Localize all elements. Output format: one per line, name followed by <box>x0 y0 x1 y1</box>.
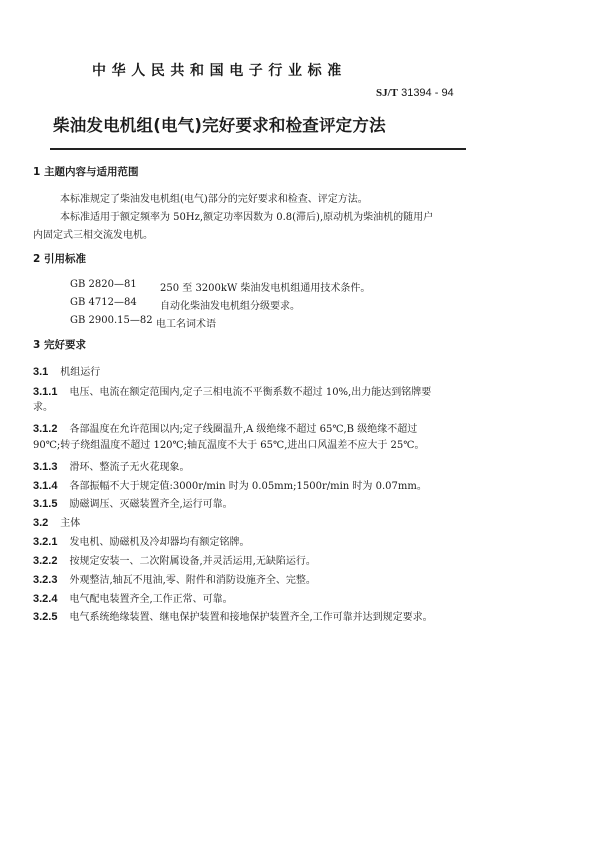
subsection-number: 3.2 <box>33 517 48 529</box>
subsection-3-1: 3.1机组运行 <box>33 360 100 379</box>
clause-number: 3.1.5 <box>33 498 57 510</box>
standard-code-number: 31394 - 94 <box>401 87 454 99</box>
clause-3-1-4: 3.1.4各部振幅不大于规定值:3000r/min 时为 0.05mm;1500… <box>33 474 427 493</box>
subsection-number: 3.1 <box>33 366 48 378</box>
clause-text: 电气配电装置齐全,工作正常、可靠。 <box>69 594 232 605</box>
clause-3-1-3: 3.1.3滑环、整流子无火花现象。 <box>33 455 189 474</box>
ref-title-1: 250 至 3200kW 柴油发电机组通用技术条件。 <box>160 279 370 294</box>
clause-3-2-1: 3.2.1发电机、励磁机及冷却器均有额定铭牌。 <box>33 530 249 549</box>
header-divider <box>50 148 466 150</box>
clause-number: 3.2.1 <box>33 536 57 548</box>
clause-text: 发电机、励磁机及冷却器均有额定铭牌。 <box>69 537 249 548</box>
clause-text: 各部温度在允许范围以内;定子线圈温升,A 级绝缘不超过 65℃,B 级绝缘不超过 <box>69 424 417 435</box>
section-3-heading: 3 完好要求 <box>33 337 86 352</box>
clause-number: 3.2.4 <box>33 593 57 605</box>
issuing-authority-header: 中华人民共和国电子行业标准 <box>92 60 347 80</box>
clause-3-1-2-continued: 90℃;转子绕组温度不超过 120℃;轴瓦温度不大于 65℃,进出口风温差不应大… <box>33 436 424 451</box>
clause-3-2-2: 3.2.2按规定安装一、二次附属设备,并灵活运用,无缺陷运行。 <box>33 549 316 568</box>
ref-code-1: GB 2820—81 <box>70 279 137 290</box>
clause-number: 3.2.3 <box>33 574 57 586</box>
clause-3-2-4: 3.2.4电气配电装置齐全,工作正常、可靠。 <box>33 587 233 606</box>
clause-number: 3.2.5 <box>33 611 57 623</box>
clause-number: 3.2.2 <box>33 555 57 567</box>
clause-3-2-5: 3.2.5电气系统绝缘装置、继电保护装置和接地保护装置齐全,工作可靠并达到规定要… <box>33 605 433 624</box>
clause-3-2-3: 3.2.3外观整洁,轴瓦不甩油,零、附件和消防设施齐全、完整。 <box>33 568 316 587</box>
standard-code: SJ/T 31394 - 94 <box>376 87 454 99</box>
clause-number: 3.1.3 <box>33 461 57 473</box>
standard-code-prefix: SJ/T <box>376 87 398 99</box>
clause-number: 3.1.4 <box>33 480 57 492</box>
clause-number: 3.1.1 <box>33 386 57 398</box>
ref-code-3: GB 2900.15—82 <box>70 315 153 326</box>
subsection-3-2: 3.2主体 <box>33 511 80 530</box>
section-2-heading: 2 引用标准 <box>33 251 86 266</box>
document-title: 柴油发电机组(电气)完好要求和检查评定方法 <box>53 112 386 136</box>
clause-text: 各部振幅不大于规定值:3000r/min 时为 0.05mm;1500r/min… <box>69 481 426 492</box>
ref-title-3: 电工名词术语 <box>156 315 216 330</box>
clause-3-1-1-continued: 求。 <box>33 398 53 413</box>
ref-code-2: GB 4712—84 <box>70 297 137 308</box>
clause-text: 按规定安装一、二次附属设备,并灵活运用,无缺陷运行。 <box>69 556 315 567</box>
clause-3-1-5: 3.1.5励磁调压、灭磁装置齐全,运行可靠。 <box>33 492 233 511</box>
clause-text: 电压、电流在额定范围内,定子三相电流不平衡系数不超过 10%,出力能达到铭牌要 <box>69 387 431 398</box>
subsection-title: 主体 <box>60 518 80 529</box>
section-1-heading: 1 主题内容与适用范围 <box>33 164 138 179</box>
section-1-paragraph-2-line-2: 内固定式三相交流发电机。 <box>33 226 153 241</box>
clause-number: 3.1.2 <box>33 423 57 435</box>
ref-title-2: 自动化柴油发电机组分级要求。 <box>160 297 300 312</box>
clause-text: 电气系统绝缘装置、继电保护装置和接地保护装置齐全,工作可靠并达到规定要求。 <box>69 612 432 623</box>
subsection-title: 机组运行 <box>60 367 100 378</box>
clause-3-1-2: 3.1.2各部温度在允许范围以内;定子线圈温升,A 级绝缘不超过 65℃,B 级… <box>33 417 417 436</box>
section-1-paragraph-1: 本标准规定了柴油发电机组(电气)部分的完好要求和检查、评定方法。 <box>60 190 368 205</box>
section-1-paragraph-2-line-1: 本标准适用于额定频率为 50Hz,额定功率因数为 0.8(滞后),原动机为柴油机… <box>60 208 433 223</box>
clause-text: 滑环、整流子无火花现象。 <box>69 462 189 473</box>
clause-text: 励磁调压、灭磁装置齐全,运行可靠。 <box>69 499 232 510</box>
clause-3-1-1: 3.1.1电压、电流在额定范围内,定子三相电流不平衡系数不超过 10%,出力能达… <box>33 380 431 399</box>
clause-text: 外观整洁,轴瓦不甩油,零、附件和消防设施齐全、完整。 <box>69 575 315 586</box>
